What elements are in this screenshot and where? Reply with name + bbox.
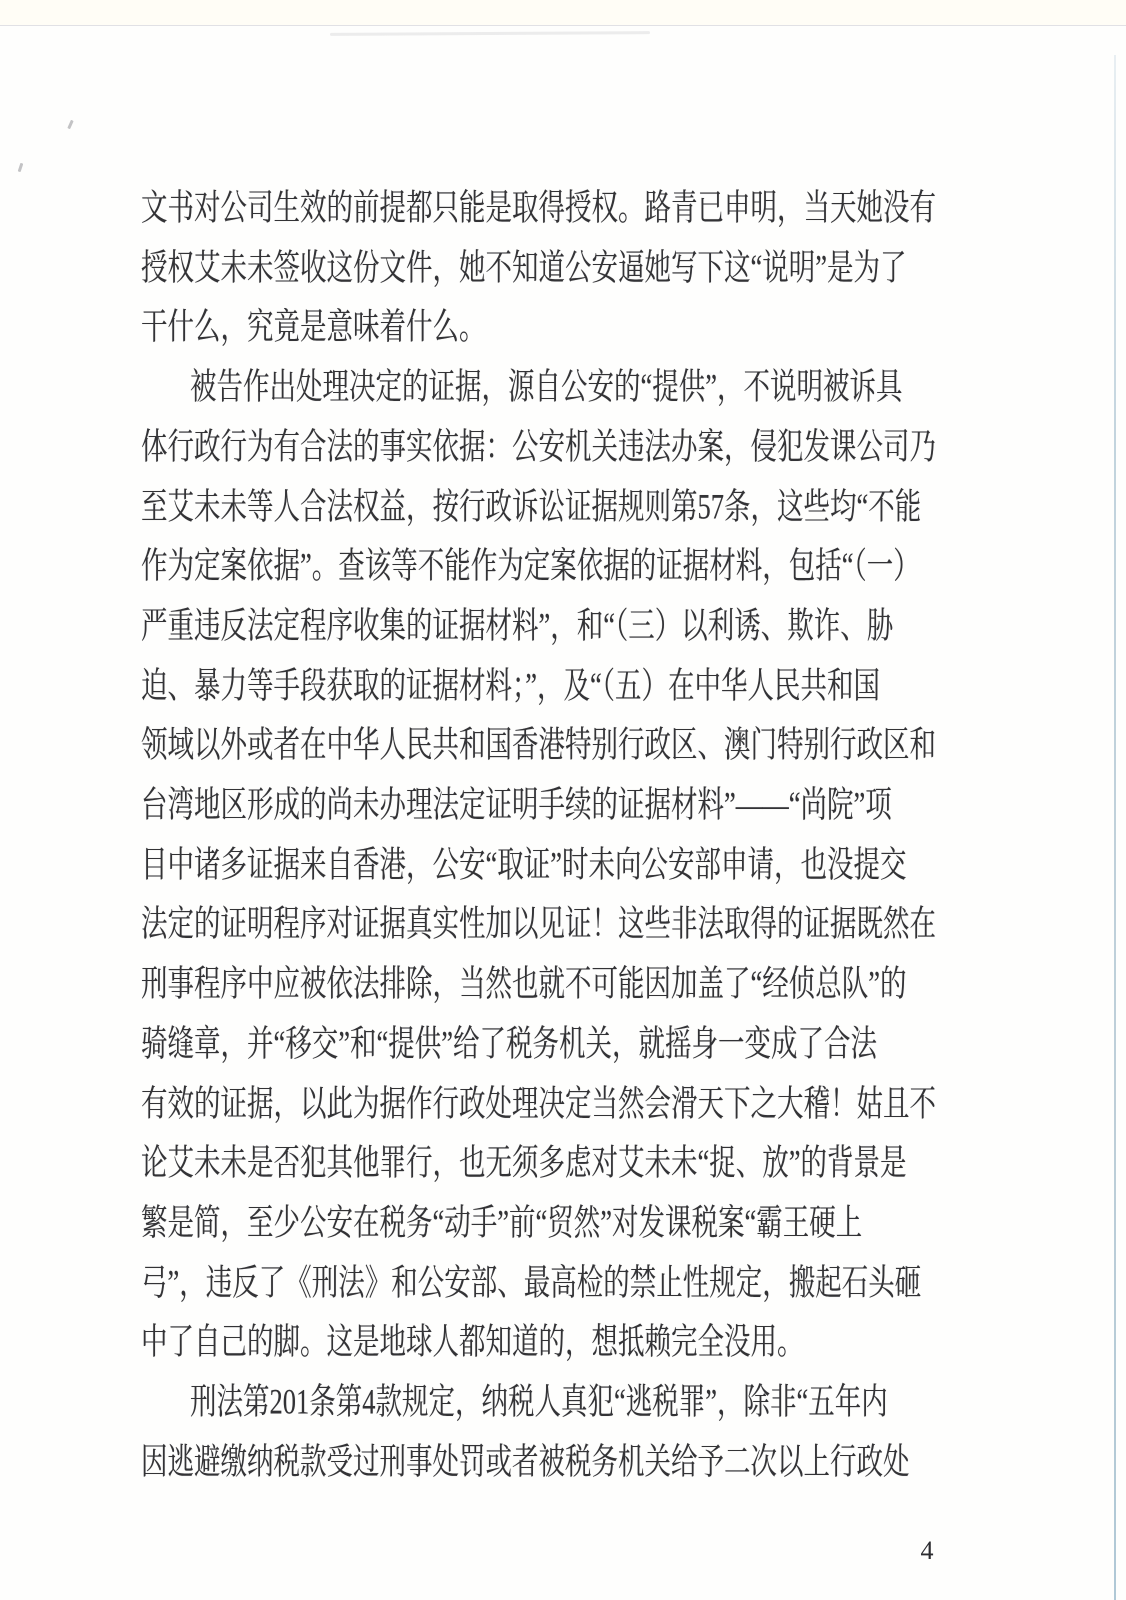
text-line: 领域以外或者在中华人民共和国香港特别行政区、澳门特别行政区和 (141, 727, 941, 763)
text-line: 骑缝章，并“移交”和“提供”给了税务机关，就摇身一变成了合法 (141, 1026, 941, 1062)
text-line: 法定的证明程序对证据真实性加以见证！这些非法取得的证据既然在 (141, 906, 941, 942)
text-line: 体行政行为有合法的事实依据：公安机关违法办案，侵犯发课公司乃 (141, 429, 941, 465)
scan-horizontal-line (0, 25, 1126, 26)
text-line: 刑事程序中应被依法排除，当然也就不可能因加盖了“经侦总队”的 (141, 966, 941, 1002)
page-number: 4 (912, 1536, 942, 1566)
scan-smudge (330, 31, 650, 36)
text-line: 论艾未未是否犯其他罪行，也无须多虑对艾未未“捉、放”的背景是 (141, 1145, 941, 1181)
text-line: 文书对公司生效的前提都只能是取得授权。路青已申明，当天她没有 (141, 190, 941, 226)
text-line: 严重违反法定程序收集的证据材料”，和“（三）以利诱、欺诈、胁 (141, 608, 941, 644)
text-line: 目中诸多证据来自香港，公安“取证”时未向公安部申请，也没提交 (141, 847, 941, 883)
text-line: 干什么，究竟是意味着什么。 (141, 309, 941, 345)
scan-speck (18, 163, 24, 172)
text-line: 因逃避缴纳税款受过刑事处罚或者被税务机关给予二次以上行政处 (141, 1444, 941, 1480)
text-line: 繁是简，至少公安在税务“动手”前“贸然”对发课税案“霸王硬上 (141, 1205, 941, 1241)
text-line: 中了自己的脚。这是地球人都知道的，想抵赖完全没用。 (141, 1324, 941, 1360)
scan-vertical-edge-line (1114, 55, 1116, 1600)
text-line: 刑法第201条第4款规定，纳税人真犯“逃税罪”，除非“五年内 (141, 1384, 990, 1420)
scanned-document-page: 文书对公司生效的前提都只能是取得授权。路青已申明，当天她没有 授权艾未未签收这份… (0, 0, 1126, 1600)
text-line: 至艾未未等人合法权益，按行政诉讼证据规则第57条，这些均“不能 (141, 489, 941, 525)
scan-top-strip (0, 0, 1126, 25)
text-line: 迫、暴力等手段获取的证据材料；”，及“（五）在中华人民共和国 (141, 668, 941, 704)
text-line: 有效的证据，以此为据作行政处理决定当然会滑天下之大稽！姑且不 (141, 1086, 941, 1122)
scan-speck (67, 120, 73, 129)
text-line: 弓”，违反了《刑法》和公安部、最高检的禁止性规定，搬起石头砸 (141, 1265, 941, 1301)
text-line: 台湾地区形成的尚未办理法定证明手续的证据材料”——“尚院”项 (141, 787, 941, 823)
text-line: 作为定案依据”。查该等不能作为定案依据的证据材料，包括“（一） (141, 548, 941, 584)
text-line: 授权艾未未签收这份文件，她不知道公安逼她写下这“说明”是为了 (141, 250, 941, 286)
text-line: 被告作出处理决定的证据，源自公安的“提供”，不说明被诉具 (141, 369, 990, 405)
